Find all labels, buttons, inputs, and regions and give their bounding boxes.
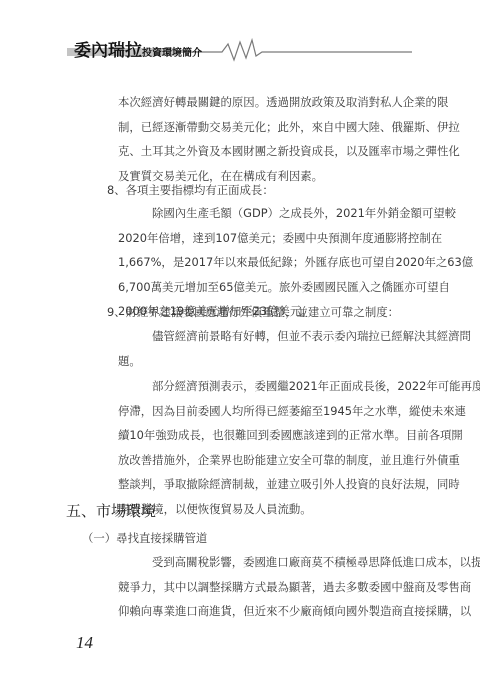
text-line: 續10年強勁成長，也很難回到委國應該達到的正常水準。目前各項開 [118, 423, 480, 448]
text-line: 1,667%，是2017年以來最低紀錄；外匯存底也可望自2020年之63億 [118, 250, 473, 275]
text-line: 6,700萬美元增加至65億美元。旅外委國國民匯入之僑匯亦可望自 [118, 275, 473, 300]
zigzag-line-icon [0, 0, 480, 70]
text-line: 儘管經濟前景略有好轉，但並不表示委內瑞拉已經解決其經濟問 [118, 324, 471, 349]
text-line: 放改善措施外，企業界也盼能建立安全可靠的制度，並且進行外債重 [118, 448, 480, 473]
item-8-heading: 8、各項主要指標均有正面成長： [107, 182, 274, 198]
text-line: 2020年倍增，達到107億美元；委國中央預測年度通膨將控制在 [118, 226, 473, 251]
text-line: 整談判，爭取撤除經濟制裁，並建立吸引外人投資的良好法規，同時 [118, 472, 480, 497]
page-number: 14 [76, 633, 93, 653]
running-header: 委內瑞拉投資環境簡介 [0, 0, 480, 70]
subsection-paragraph: 受到高關稅影響，委國進口廠商莫不積極尋思降低進口成本，以提高 競爭力，其中以調整… [118, 550, 480, 624]
text-line: 克、土耳其之外資及本國財團之新投資成長，以及匯率市場之彈性化 [118, 139, 460, 164]
text-line: 仰賴向專業進口商進貨，但近來不少廠商傾向國外製造商直接採購，以 [118, 599, 480, 624]
header-title-main: 委內瑞拉 [74, 41, 142, 61]
text-line: 部分經濟預測表示，委國繼2021年正面成長後，2022年可能再度 [118, 374, 480, 399]
item-9-heading: 9、財經界建議委國應進行外債重整，並建立可靠之制度： [107, 304, 399, 320]
text-line: 競爭力，其中以調整採購方式最為顯著，過去多數委國中盤商及零售商 [118, 575, 480, 600]
text-line: 本次經濟好轉最關鍵的原因。透過開放政策及取消對私人企業的限 [118, 90, 460, 115]
header-title: 委內瑞拉投資環境簡介 [74, 36, 202, 61]
text-line: 制，已經逐漸帶動交易美元化；此外，來自中國大陸、俄羅斯、伊拉 [118, 115, 460, 140]
section-title: 五、市場環境 [66, 500, 156, 521]
item-9-paragraph-1: 儘管經濟前景略有好轉，但並不表示委內瑞拉已經解決其經濟問 題。 [118, 324, 471, 373]
header-title-sub: 投資環境簡介 [142, 48, 202, 59]
text-line: 停滯，因為目前委國人均所得已經萎縮至1945年之水準，縱使未來連 [118, 399, 480, 424]
text-line: 受到高關稅影響，委國進口廠商莫不積極尋思降低進口成本，以提高 [118, 550, 480, 575]
text-line: 題。 [118, 349, 471, 374]
text-line: 開放邊境，以便恢復貿易及人員流動。 [118, 497, 480, 522]
text-line: 除國內生產毛額（GDP）之成長外，2021年外銷金額可望較 [118, 201, 473, 226]
subsection-title: （一）尋找直接採購管道 [82, 530, 207, 546]
item-9-paragraph-2: 部分經濟預測表示，委國繼2021年正面成長後，2022年可能再度 停滯，因為目前… [118, 374, 480, 522]
intro-paragraph: 本次經濟好轉最關鍵的原因。透過開放政策及取消對私人企業的限 制，已經逐漸帶動交易… [118, 90, 460, 188]
